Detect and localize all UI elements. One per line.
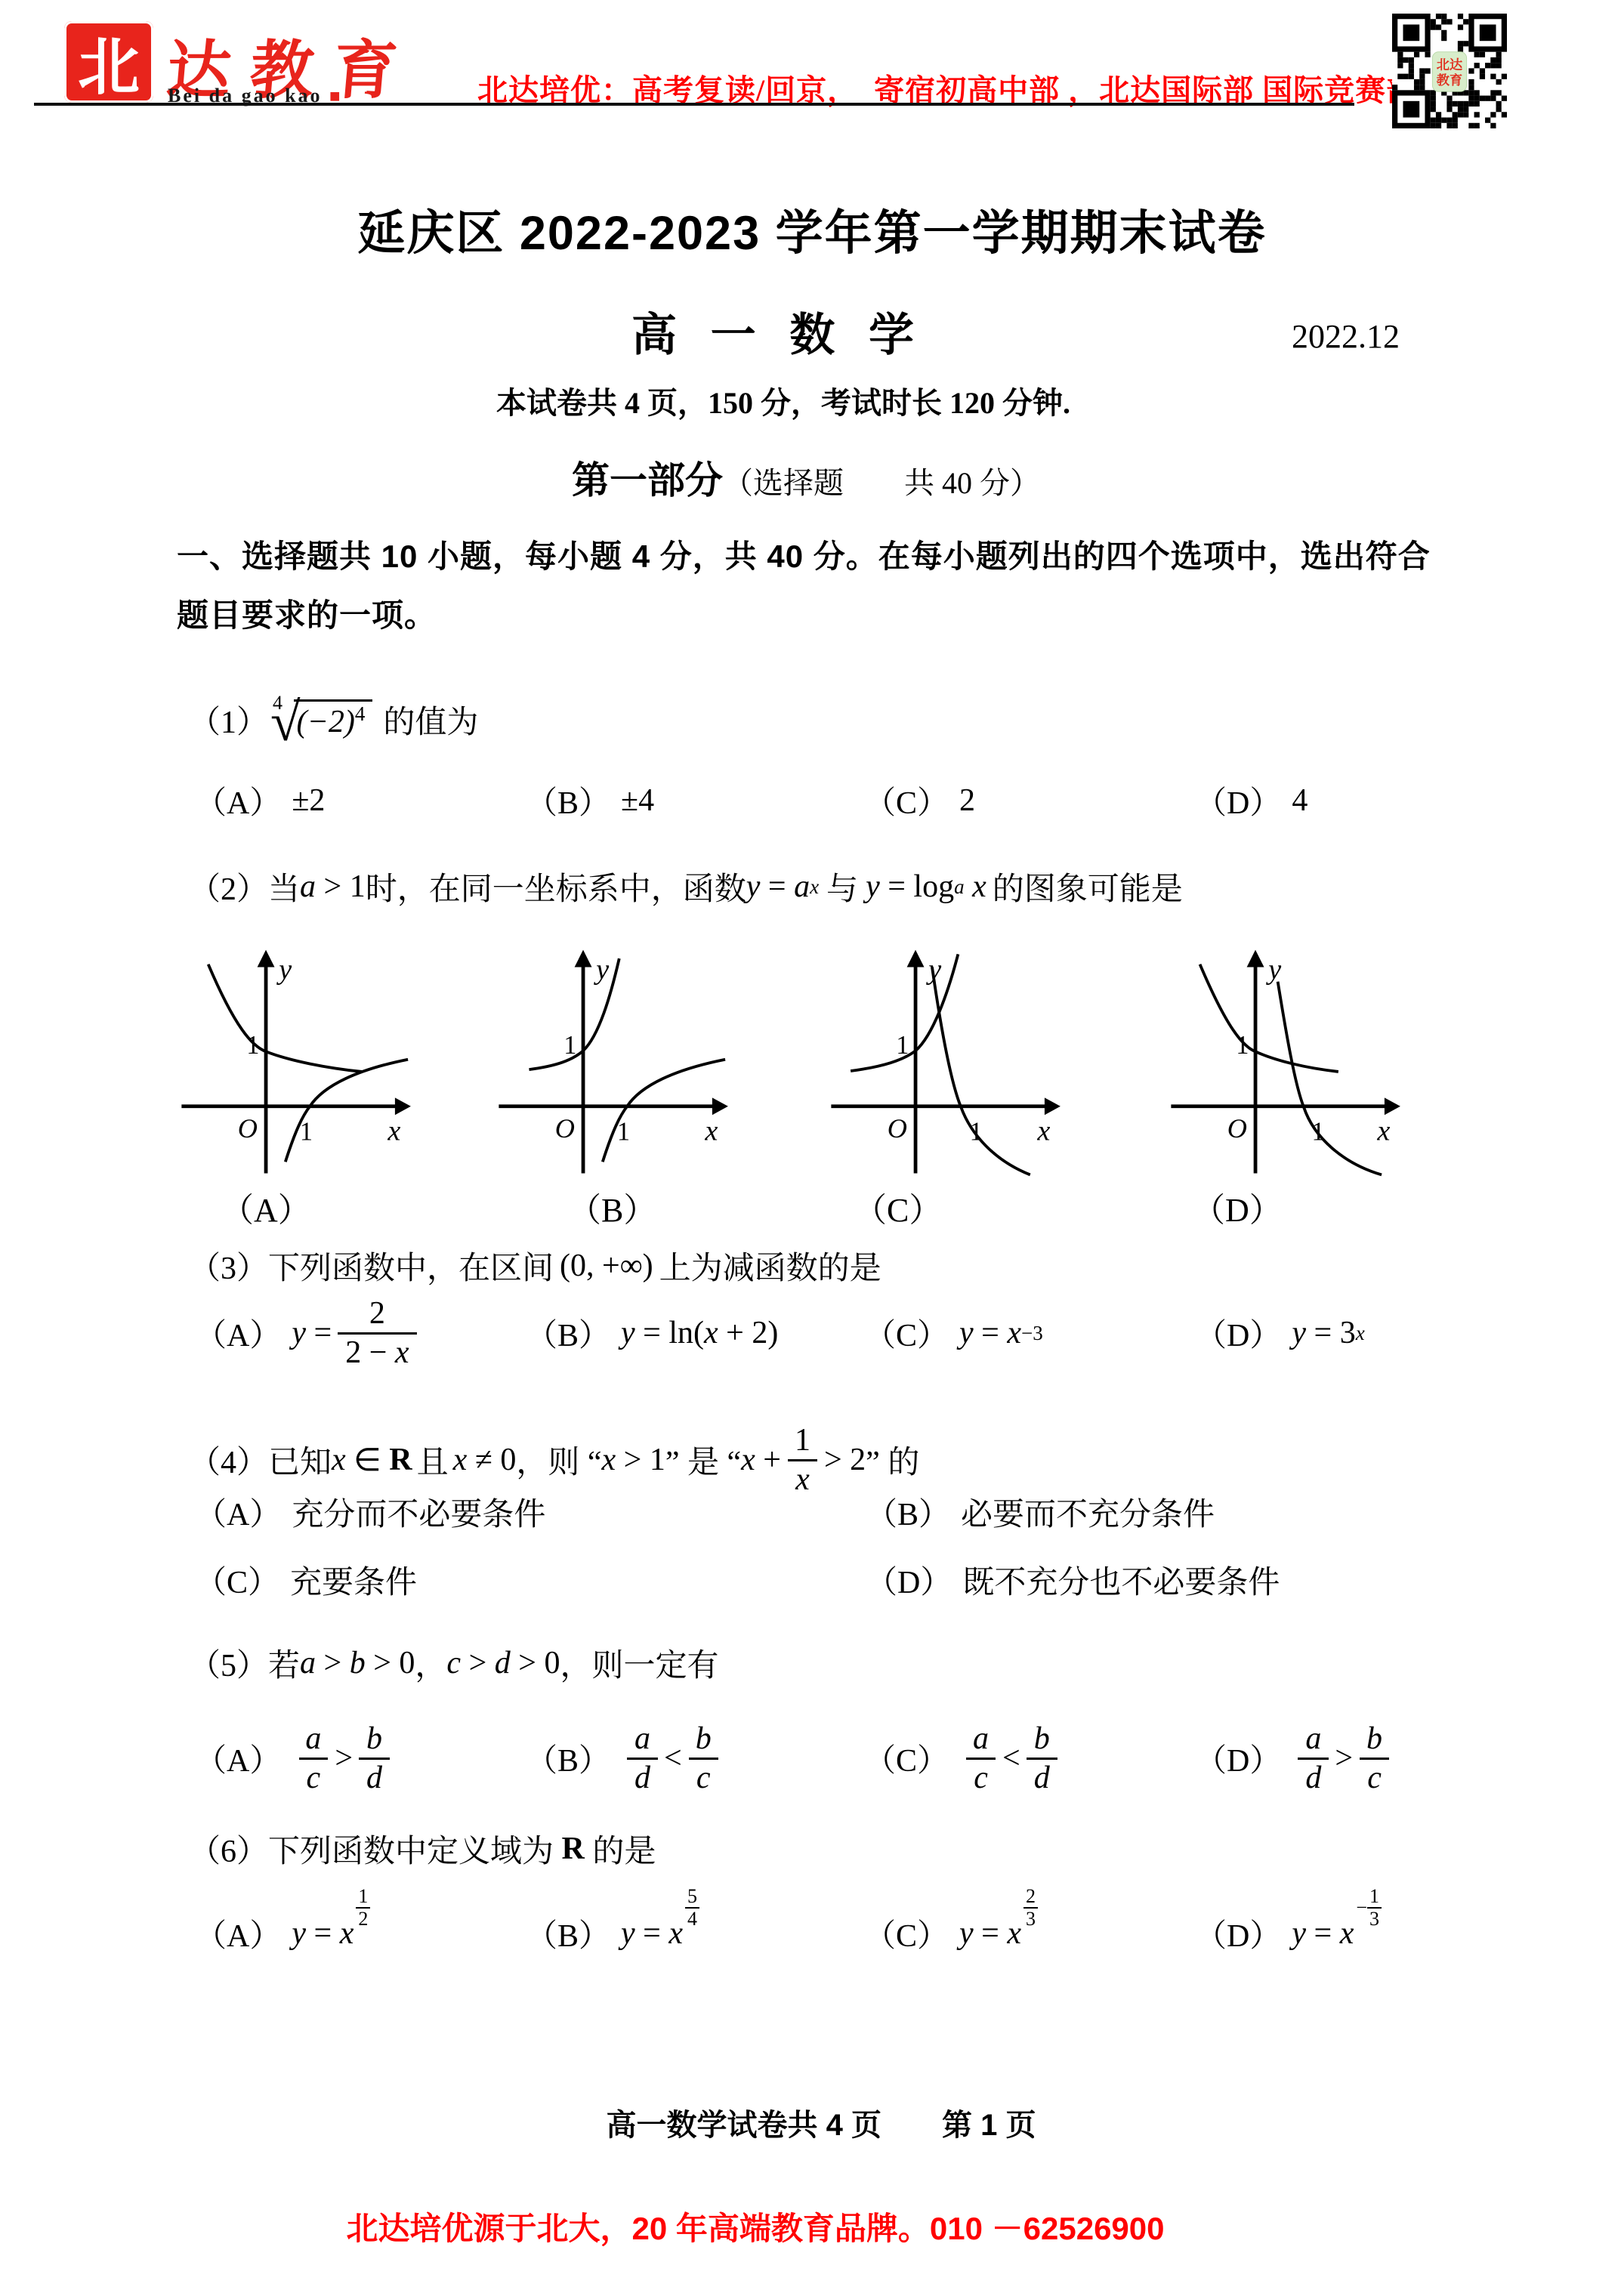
x-axis-arrow-icon xyxy=(1045,1097,1061,1115)
q1-option-b: （B）±4 xyxy=(526,778,654,823)
x-axis-label: x xyxy=(704,1116,718,1147)
footer-page-info: 高一数学试卷共 4 页 第 1 页 xyxy=(9,2101,1624,2144)
q5-option-c: （C） ac < bd xyxy=(864,1705,1064,1811)
page-title: 延庆区 2022-2023 学年第一学期期末试卷 xyxy=(0,195,1624,264)
exam-date: 2022.12 xyxy=(1292,317,1400,356)
q3-option-d: （D）y = 3x xyxy=(1195,1276,1365,1390)
graph-a-caption: （A） xyxy=(221,1183,311,1231)
x-axis-arrow-icon xyxy=(1385,1097,1400,1115)
instruction-line-2: 题目要求的一项。 xyxy=(177,591,437,636)
y-axis-label: y xyxy=(593,954,609,986)
origin-label: O xyxy=(1227,1113,1247,1143)
y-axis-arrow-icon xyxy=(1247,950,1264,968)
section-part: 第一部分 xyxy=(572,459,723,501)
exam-info: 本试卷共 4 页，150 分，考试时长 120 分钟. xyxy=(0,379,1595,422)
y-axis-arrow-icon xyxy=(258,950,275,968)
exam-page: 北 达教育 Bei da gao kao ■ 北达培优：高考复读/回京， 寄宿初… xyxy=(0,0,1624,2293)
q5-option-d: （D） ad > bc xyxy=(1195,1705,1396,1811)
logo-seal-icon: 北 xyxy=(64,21,153,103)
x-tick-1: 1 xyxy=(970,1118,983,1146)
q1-option-d: （D）4 xyxy=(1195,778,1308,823)
origin-label: O xyxy=(238,1113,258,1143)
graph-a: y x O 1 1 xyxy=(170,944,427,1182)
y-tick-1: 1 xyxy=(1236,1031,1249,1060)
q1-option-c: （C）2 xyxy=(864,778,975,823)
y-tick-1: 1 xyxy=(246,1031,259,1060)
y-axis-arrow-icon xyxy=(907,950,925,968)
footer-promo: 北达培优源于北大，20 年高端教育品牌。010 －62526900 xyxy=(0,2204,1567,2249)
y-axis-label: y xyxy=(1265,954,1281,986)
graph-d-caption: （D） xyxy=(1192,1183,1283,1231)
q3-option-c: （C）y = x−3 xyxy=(864,1276,1043,1390)
q6-option-c: （C）y = x 23 xyxy=(864,1888,1038,1979)
q6-option-a: （A）y = x 12 xyxy=(195,1888,370,1979)
origin-label: O xyxy=(555,1113,575,1143)
section-heading: 第一部分（选择题 共 40 分） xyxy=(0,450,1618,505)
graph-c-caption: （C） xyxy=(854,1183,942,1231)
question-1: （1） 4 √ (−2)4 的值为 xyxy=(189,678,478,761)
instruction-line-1: 一、选择题共 10 小题，每小题 4 分，共 40 分。在每小题列出的四个选项中… xyxy=(177,532,1431,577)
y-axis-arrow-icon xyxy=(575,950,592,968)
qr-center-text-2: 教育 xyxy=(1437,73,1462,88)
y-axis-label: y xyxy=(276,954,292,986)
q4-option-b: （B）必要而不充分条件 xyxy=(866,1489,1215,1535)
graph-b: y x O 1 1 xyxy=(487,944,744,1182)
q6-option-b: （B）y = x 54 xyxy=(526,1888,699,1979)
x-axis-label: x xyxy=(1376,1116,1390,1147)
q1-option-a: （A）±2 xyxy=(195,778,325,823)
graph-c: y x O 1 1 xyxy=(820,944,1076,1182)
q3-option-a: （A）y = 22 − x xyxy=(195,1276,423,1390)
q6-option-d: （D）y = x −13 xyxy=(1195,1888,1382,1979)
graph-b-caption: （B） xyxy=(568,1183,656,1231)
log-curve-decreasing xyxy=(1278,982,1382,1175)
x-tick-1: 1 xyxy=(300,1118,313,1146)
q4-option-d: （D）既不充分也不必要条件 xyxy=(866,1557,1280,1603)
graph-d: y x O 1 1 xyxy=(1159,944,1416,1182)
x-tick-1: 1 xyxy=(1312,1118,1325,1146)
question-2: （2）当a > 1时，在同一坐标系中，函数 y = ax 与 y = loga … xyxy=(189,863,1183,911)
qr-center-text-1: 北达 xyxy=(1437,57,1463,72)
origin-label: O xyxy=(888,1113,907,1143)
question-6: （6）下列函数中定义域为 R 的是 xyxy=(189,1826,656,1872)
qr-code: 北达 教育 xyxy=(1385,14,1514,128)
y-axis-label: y xyxy=(925,954,941,986)
q4-option-c: （C）充要条件 xyxy=(195,1557,417,1603)
radicand: (−2)4 xyxy=(294,699,373,740)
q3-option-b: （B）y = ln(x + 2) xyxy=(526,1276,778,1390)
section-note: （选择题 共 40 分） xyxy=(723,466,1040,500)
q5-option-b: （B） ad < bc xyxy=(526,1705,725,1811)
x-axis-label: x xyxy=(1036,1116,1050,1147)
question-5: （5）若a > b > 0 ，c > d > 0 ，则一定有 xyxy=(189,1640,718,1686)
y-tick-1: 1 xyxy=(896,1031,909,1060)
q4-option-a: （A）充分而不必要条件 xyxy=(195,1489,545,1535)
radical-index: 4 xyxy=(273,692,283,714)
q5-option-a: （A） ac > bd xyxy=(195,1705,396,1811)
x-tick-1: 1 xyxy=(617,1118,630,1146)
header-divider xyxy=(34,103,1354,106)
x-axis-arrow-icon xyxy=(395,1097,411,1115)
x-axis-arrow-icon xyxy=(712,1097,728,1115)
logo-seal-char: 北 xyxy=(78,18,140,106)
y-tick-1: 1 xyxy=(563,1031,576,1060)
x-axis-label: x xyxy=(387,1116,400,1147)
